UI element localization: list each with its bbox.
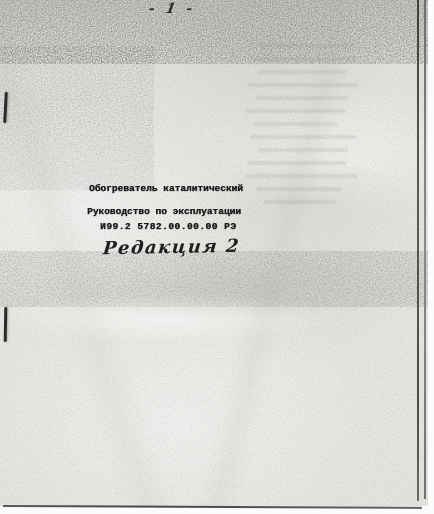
page-edge-line-inner	[417, 0, 419, 501]
document-code: И99.2 5782.00.00.00 РЭ	[100, 221, 236, 232]
page-edge-line-outer	[424, 0, 426, 499]
document-title: Обогреватель каталитический	[89, 183, 243, 194]
scanned-document: - 1 - Обогреватель каталитический Руково…	[0, 0, 434, 514]
page-bottom-shadow	[3, 505, 422, 509]
staple-mark-bottom	[4, 307, 8, 342]
page-number: - 1 -	[148, 1, 197, 17]
edition-note-handwritten: Редакция 2	[102, 236, 241, 259]
document-subtitle: Руководство по эксплуатации	[87, 206, 241, 217]
